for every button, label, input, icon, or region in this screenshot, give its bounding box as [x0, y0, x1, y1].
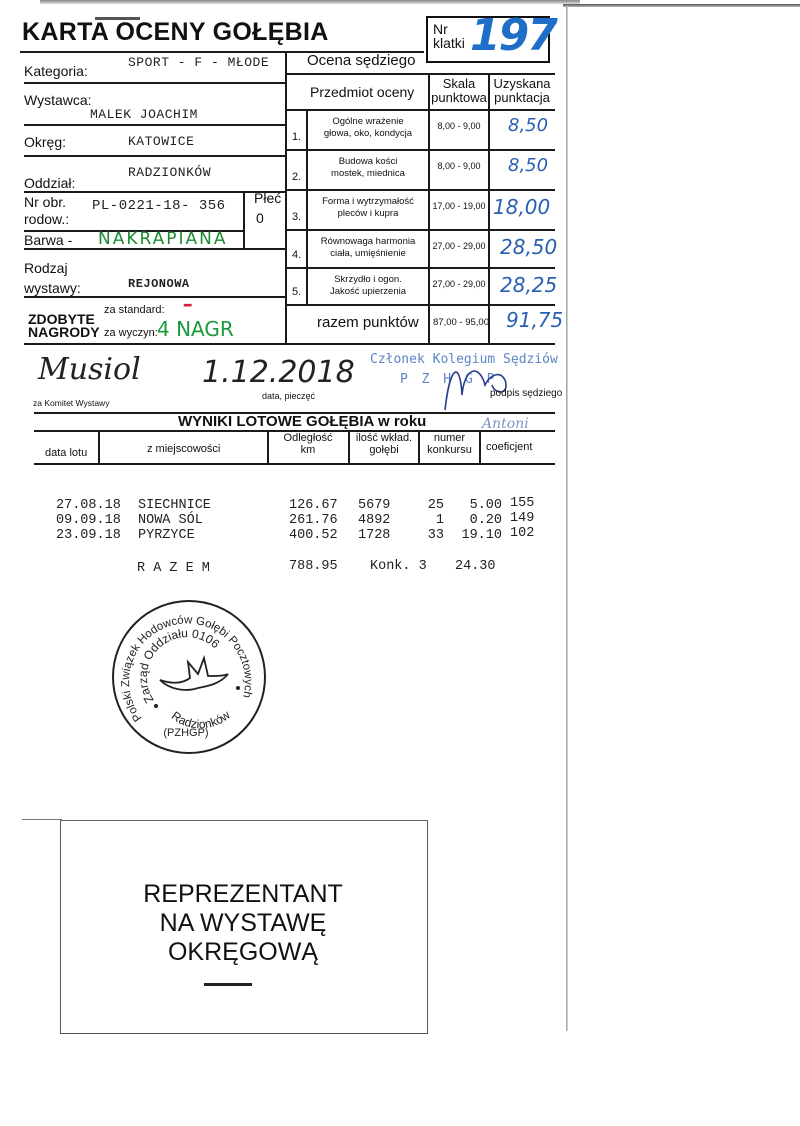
- judge-label: podpis sędziego: [490, 388, 562, 399]
- feat-prize-value: 4 NAGR: [157, 317, 234, 341]
- row-scale: 8,00 - 9,00: [429, 121, 489, 131]
- exhibitor-value: MALEK JOACHIM: [90, 107, 198, 122]
- card-title: KARTA OCENY GOŁĘBIA: [22, 18, 329, 47]
- total-scale: 87,00 - 95,00: [433, 317, 489, 328]
- row-scale: 17,00 - 19,00: [429, 201, 489, 211]
- row-subject: Forma i wytrzymałośćpleców i kupra: [308, 196, 428, 220]
- divider: [285, 109, 555, 111]
- divider: [24, 191, 286, 193]
- page-edge: [566, 6, 568, 1031]
- flight-birds: 1728: [358, 528, 390, 543]
- color-label: Barwa -: [24, 232, 72, 248]
- col-contest: numer konkursu: [419, 432, 480, 456]
- flight-birds: 5679: [358, 498, 390, 513]
- divider: [285, 189, 555, 191]
- col-birds: ilość wkład. gołębi: [349, 432, 419, 456]
- ring-number-value: PL-0221-18- 356: [92, 198, 226, 214]
- show-type-value: REJONOWA: [128, 277, 190, 291]
- row-score: 28,25: [500, 273, 557, 297]
- row-subject: Budowa kościmostek, miednica: [308, 156, 428, 180]
- row-subject: Równowaga harmoniaciała, umięśnienie: [308, 236, 428, 260]
- divider: [24, 155, 286, 157]
- date-value: 1.12.2018: [202, 355, 355, 390]
- flight-birds: 4892: [358, 513, 390, 528]
- row-score: 18,00: [493, 195, 550, 219]
- color-value: NAKRAPIANA: [98, 229, 228, 249]
- feat-prize-label: za wyczyn:: [104, 327, 158, 339]
- divider: [285, 149, 555, 151]
- branch-value: RADZIONKÓW: [128, 165, 211, 180]
- divider: [285, 229, 555, 231]
- flight-contest: 1: [420, 513, 444, 528]
- row-number: 5.: [292, 286, 301, 298]
- sex-value: 0: [256, 210, 264, 226]
- col-scale: Skala punktowa: [429, 77, 489, 105]
- total-score: 91,75: [506, 308, 563, 332]
- flight-contest: 25: [420, 498, 444, 513]
- show-type-label: Rodzaj wystawy:: [24, 258, 81, 298]
- page-edge: [563, 4, 800, 7]
- flight-place: NOWA SÓL: [138, 513, 203, 528]
- dove-icon: [160, 658, 228, 690]
- col-place: z miejscowości: [147, 443, 220, 455]
- row-number: 3.: [292, 211, 301, 223]
- flight-distance: 261.76: [289, 513, 338, 528]
- cage-number-label: Nr klatki: [433, 22, 465, 50]
- district-value: KATOWICE: [128, 134, 194, 149]
- divider: [285, 51, 287, 345]
- standard-prize-value: –: [183, 292, 193, 316]
- standard-prize-label: za standard:: [104, 304, 165, 316]
- row-number: 2.: [292, 171, 301, 183]
- divider: [22, 819, 62, 820]
- underline-mark: [204, 983, 252, 986]
- branch-label: Oddział:: [24, 175, 75, 191]
- flight-distance: 126.67: [289, 498, 338, 513]
- divider: [285, 267, 555, 269]
- category-label: Kategoria:: [24, 63, 88, 79]
- flight-place: SIECHNICE: [138, 498, 211, 513]
- row-score: 28,50: [500, 235, 557, 259]
- flight-coef: 19.10: [456, 528, 502, 543]
- sex-label: Płeć: [254, 190, 281, 206]
- exhibitor-label: Wystawca:: [24, 92, 92, 108]
- committee-signature: Musiol: [38, 352, 141, 387]
- divider: [34, 463, 555, 465]
- flight-date: 27.08.18: [56, 498, 121, 513]
- flight-coef: 0.20: [456, 513, 502, 528]
- row-subject: Skrzydło i ogon.Jakość upierzenia: [308, 274, 428, 298]
- divider: [24, 248, 286, 250]
- col-score: Uzyskana punktacja: [489, 77, 555, 105]
- flight-extra: 149: [510, 511, 534, 526]
- col-date: data lotu: [45, 447, 87, 459]
- divider: [98, 430, 100, 464]
- row-score: 8,50: [508, 115, 548, 136]
- committee-label: za Komitet Wystawy: [33, 398, 109, 408]
- stamp-graphic: Polski Związek Hodowców Gołębi Pocztowyc…: [112, 600, 262, 750]
- ring-number-label: Nr obr. rodow.:: [24, 194, 69, 228]
- club-stamp: Polski Związek Hodowców Gołębi Pocztowyc…: [112, 600, 266, 754]
- representative-text: REPREZENTANT NA WYSTAWĘ OKRĘGOWĄ: [60, 880, 426, 967]
- flight-extra: 102: [510, 526, 534, 541]
- divider: [285, 73, 555, 75]
- divider: [24, 82, 286, 84]
- category-value: SPORT - F - MŁODE: [128, 55, 269, 70]
- divider: [243, 191, 245, 249]
- svg-text:(PZHGP): (PZHGP): [163, 727, 208, 739]
- flight-date: 09.09.18: [56, 513, 121, 528]
- flight-place: PYRZYCE: [138, 528, 195, 543]
- flight-contest: 33: [420, 528, 444, 543]
- prizes-label: ZDOBYTE NAGRODY: [28, 313, 100, 339]
- total-label: razem punktów: [317, 314, 419, 331]
- row-score: 8,50: [508, 155, 548, 176]
- results-total-konk: Konk. 3: [370, 559, 427, 574]
- row-number: 4.: [292, 249, 301, 261]
- flight-extra: 155: [510, 496, 534, 511]
- col-distance: Odległość km: [268, 432, 348, 456]
- col-subject: Przedmiot oceny: [310, 84, 414, 100]
- results-total-distance: 788.95: [289, 559, 338, 574]
- row-subject: Ogólne wrażeniegłowa, oko, kondycja: [308, 116, 428, 140]
- judge-signature: [440, 355, 520, 415]
- flight-coef: 5.00: [456, 498, 502, 513]
- results-total-coef: 24.30: [455, 559, 496, 574]
- cage-number-value: 197: [470, 10, 556, 61]
- divider: [24, 296, 286, 298]
- judge-header: Ocena sędziego: [307, 52, 415, 69]
- flight-date: 23.09.18: [56, 528, 121, 543]
- row-number: 1.: [292, 131, 301, 143]
- flight-distance: 400.52: [289, 528, 338, 543]
- divider: [285, 304, 555, 306]
- row-scale: 27,00 - 29,00: [429, 241, 489, 251]
- results-total-label: R A Z E M: [137, 561, 210, 576]
- page-edge: [40, 0, 580, 4]
- divider: [24, 124, 286, 126]
- col-coef: coeficjent: [486, 441, 532, 453]
- date-label: data, pieczęć: [262, 391, 315, 401]
- row-scale: 8,00 - 9,00: [429, 161, 489, 171]
- results-title: WYNIKI LOTOWE GOŁĘBIA w roku: [178, 413, 426, 430]
- divider: [24, 343, 555, 345]
- row-scale: 27,00 - 29,00: [429, 279, 489, 289]
- district-label: Okręg:: [24, 134, 66, 150]
